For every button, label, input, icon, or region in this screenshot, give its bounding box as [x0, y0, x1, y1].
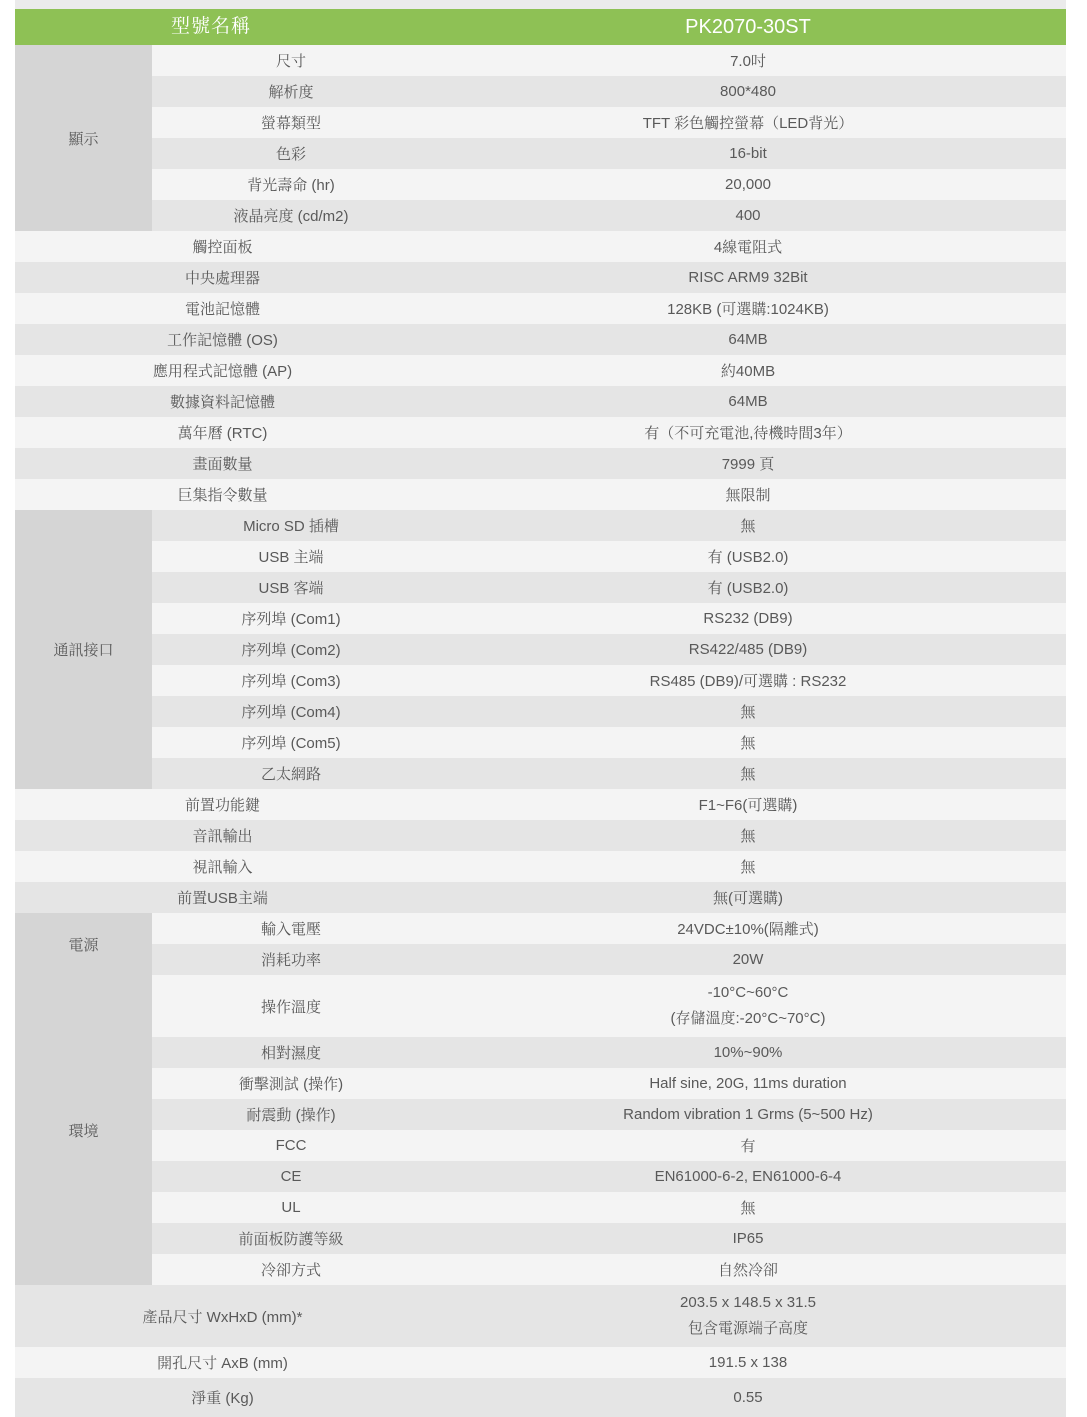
spec-name-cell: 衝擊測試 (操作) — [152, 1068, 430, 1099]
spec-row: 序列埠 (Com4)無 — [152, 696, 1066, 727]
spec-value-line: 203.5 x 148.5 x 31.5 — [680, 1290, 816, 1316]
spec-value-cell: 有 (USB2.0) — [430, 541, 1066, 572]
spec-row: 工作記憶體 (OS)64MB — [15, 324, 1066, 355]
spec-value-cell: 20W — [430, 944, 1066, 975]
spec-name-cell: Micro SD 插槽 — [152, 510, 430, 541]
spec-name-cell: 巨集指令數量 — [15, 479, 430, 510]
spec-row: 應用程式記憶體 (AP)約40MB — [15, 355, 1066, 386]
spec-row: USB 客端有 (USB2.0) — [152, 572, 1066, 603]
spec-name-cell: 乙太網路 — [152, 758, 430, 789]
spec-value-cell: RISC ARM9 32Bit — [430, 262, 1066, 293]
model-name-header-label: 型號名稱 — [171, 9, 251, 45]
spec-name-cell: FCC — [152, 1130, 430, 1161]
spec-value-cell: Random vibration 1 Grms (5~500 Hz) — [430, 1099, 1066, 1130]
spec-name-cell: UL — [152, 1192, 430, 1223]
spec-row: 音訊輸出無 — [15, 820, 1066, 851]
spec-name-cell: 尺寸 — [152, 45, 430, 76]
spec-name-cell: 工作記憶體 (OS) — [15, 324, 430, 355]
spec-section-3: 前置功能鍵F1~F6(可選購)音訊輸出無視訊輸入無前置USB主端無(可選購) — [15, 789, 1066, 913]
spec-name-cell: 開孔尺寸 AxB (mm) — [15, 1347, 430, 1378]
spec-value-cell: 無(可選購) — [430, 882, 1066, 913]
section-rows: 操作溫度-10°C~60°C(存儲溫度:-20°C~70°C)相對濕度10%~9… — [152, 975, 1066, 1285]
spec-value-cell: 203.5 x 148.5 x 31.5包含電源端子高度 — [430, 1285, 1066, 1347]
spec-value-line: (存儲溫度:-20°C~70°C) — [671, 1006, 826, 1032]
spec-row: 數據資料記憶體64MB — [15, 386, 1066, 417]
spec-row: 序列埠 (Com3)RS485 (DB9)/可選購 : RS232 — [152, 665, 1066, 696]
spec-name-cell: 數據資料記憶體 — [15, 386, 430, 417]
spec-name-cell: 液晶亮度 (cd/m2) — [152, 200, 430, 231]
spec-row: 淨重 (Kg)0.55 — [15, 1378, 1066, 1417]
spec-name-cell: 操作溫度 — [152, 975, 430, 1037]
spec-value-cell: 0.55 — [430, 1378, 1066, 1417]
spec-row: 畫面數量7999 頁 — [15, 448, 1066, 479]
spec-name-cell: USB 主端 — [152, 541, 430, 572]
spec-table: 型號名稱 PK2070-30ST 顯示尺寸7.0吋解析度800*480螢幕類型T… — [15, 0, 1066, 1417]
section-rows: 輸入電壓24VDC±10%(隔離式)消耗功率20W — [152, 913, 1066, 975]
spec-section-6: 產品尺寸 WxHxD (mm)*203.5 x 148.5 x 31.5包含電源… — [15, 1285, 1066, 1417]
spec-value-line: -10°C~60°C — [708, 980, 789, 1006]
spec-name-cell: 萬年曆 (RTC) — [15, 417, 430, 448]
spec-name-cell: 序列埠 (Com2) — [152, 634, 430, 665]
spec-row: 電池記憶體128KB (可選購:1024KB) — [15, 293, 1066, 324]
spec-row: 視訊輸入無 — [15, 851, 1066, 882]
spec-name-cell: 冷卻方式 — [152, 1254, 430, 1285]
spec-name-cell: 視訊輸入 — [15, 851, 430, 882]
spec-value-cell: 有（不可充電池,待機時間3年） — [430, 417, 1066, 448]
spec-section-4-grouped: 電源輸入電壓24VDC±10%(隔離式)消耗功率20W — [15, 913, 1066, 975]
spec-value-cell: TFT 彩色觸控螢幕（LED背光） — [430, 107, 1066, 138]
spec-name-cell: 音訊輸出 — [15, 820, 430, 851]
spec-row: FCC有 — [152, 1130, 1066, 1161]
spec-value-cell: 無 — [430, 727, 1066, 758]
spec-value-cell: 128KB (可選購:1024KB) — [430, 293, 1066, 324]
spec-row: 巨集指令數量無限制 — [15, 479, 1066, 510]
group-label: 電源 — [15, 913, 152, 975]
spec-value-cell: 有 — [430, 1130, 1066, 1161]
spec-name-cell: 序列埠 (Com4) — [152, 696, 430, 727]
spec-value-cell: 約40MB — [430, 355, 1066, 386]
spec-name-cell: 電池記憶體 — [15, 293, 430, 324]
spec-sheet-page: 型號名稱 PK2070-30ST 顯示尺寸7.0吋解析度800*480螢幕類型T… — [0, 0, 1087, 1417]
spec-name-cell: 產品尺寸 WxHxD (mm)* — [15, 1285, 430, 1347]
spec-row: 液晶亮度 (cd/m2)400 — [152, 200, 1066, 231]
section-rows: 觸控面板4線電阻式中央處理器RISC ARM9 32Bit電池記憶體128KB … — [15, 231, 1066, 510]
spec-name-cell: 序列埠 (Com3) — [152, 665, 430, 696]
spec-row: CEEN61000-6-2, EN61000-6-4 — [152, 1161, 1066, 1192]
spec-name-cell: 序列埠 (Com5) — [152, 727, 430, 758]
spec-row: 乙太網路無 — [152, 758, 1066, 789]
spec-value-cell: 無限制 — [430, 479, 1066, 510]
spec-value-cell: EN61000-6-2, EN61000-6-4 — [430, 1161, 1066, 1192]
spec-row: 產品尺寸 WxHxD (mm)*203.5 x 148.5 x 31.5包含電源… — [15, 1285, 1066, 1347]
spec-name-cell: 輸入電壓 — [152, 913, 430, 944]
spec-value-cell: RS232 (DB9) — [430, 603, 1066, 634]
spec-value-cell: RS485 (DB9)/可選購 : RS232 — [430, 665, 1066, 696]
group-label: 環境 — [15, 975, 152, 1285]
spec-value-cell: 400 — [430, 200, 1066, 231]
section-rows: 產品尺寸 WxHxD (mm)*203.5 x 148.5 x 31.5包含電源… — [15, 1285, 1066, 1417]
spec-name-cell: 觸控面板 — [15, 231, 430, 262]
spec-name-cell: 消耗功率 — [152, 944, 430, 975]
spec-name-cell: 淨重 (Kg) — [15, 1378, 430, 1417]
spec-row: 序列埠 (Com5)無 — [152, 727, 1066, 758]
spec-value-cell: 191.5 x 138 — [430, 1347, 1066, 1378]
spec-row: 消耗功率20W — [152, 944, 1066, 975]
spec-value-cell: 24VDC±10%(隔離式) — [430, 913, 1066, 944]
spec-name-cell: 應用程式記憶體 (AP) — [15, 355, 430, 386]
spec-row: 開孔尺寸 AxB (mm)191.5 x 138 — [15, 1347, 1066, 1378]
spec-value-cell: 7999 頁 — [430, 448, 1066, 479]
spec-section-1: 觸控面板4線電阻式中央處理器RISC ARM9 32Bit電池記憶體128KB … — [15, 231, 1066, 510]
spec-value-cell: IP65 — [430, 1223, 1066, 1254]
spec-row: 中央處理器RISC ARM9 32Bit — [15, 262, 1066, 293]
spec-value-cell: 無 — [430, 510, 1066, 541]
spec-row: 觸控面板4線電阻式 — [15, 231, 1066, 262]
spec-value-cell: 無 — [430, 696, 1066, 727]
spec-row: 序列埠 (Com1)RS232 (DB9) — [152, 603, 1066, 634]
spec-row: 衝擊測試 (操作)Half sine, 20G, 11ms duration — [152, 1068, 1066, 1099]
spec-name-cell: 中央處理器 — [15, 262, 430, 293]
spec-row: 解析度800*480 — [152, 76, 1066, 107]
spec-section-0-grouped: 顯示尺寸7.0吋解析度800*480螢幕類型TFT 彩色觸控螢幕（LED背光）色… — [15, 45, 1066, 231]
spec-value-cell: 自然冷卻 — [430, 1254, 1066, 1285]
spec-name-cell: 畫面數量 — [15, 448, 430, 479]
spec-name-cell: 耐震動 (操作) — [152, 1099, 430, 1130]
spec-row: 操作溫度-10°C~60°C(存儲溫度:-20°C~70°C) — [152, 975, 1066, 1037]
spec-name-cell: 解析度 — [152, 76, 430, 107]
spec-value-cell: 無 — [430, 851, 1066, 882]
spec-value-cell: 無 — [430, 758, 1066, 789]
spec-value-cell: 有 (USB2.0) — [430, 572, 1066, 603]
group-label: 顯示 — [15, 45, 152, 231]
spec-value-cell: 800*480 — [430, 76, 1066, 107]
spec-name-cell: 序列埠 (Com1) — [152, 603, 430, 634]
section-rows: Micro SD 插槽無USB 主端有 (USB2.0)USB 客端有 (USB… — [152, 510, 1066, 789]
spec-value-cell: -10°C~60°C(存儲溫度:-20°C~70°C) — [430, 975, 1066, 1037]
spec-row: 耐震動 (操作)Random vibration 1 Grms (5~500 H… — [152, 1099, 1066, 1130]
spec-name-cell: 螢幕類型 — [152, 107, 430, 138]
spec-row: 前置USB主端無(可選購) — [15, 882, 1066, 913]
spec-row: 背光壽命 (hr)20,000 — [152, 169, 1066, 200]
spec-row: UL無 — [152, 1192, 1066, 1223]
spec-row: 序列埠 (Com2)RS422/485 (DB9) — [152, 634, 1066, 665]
spec-row: USB 主端有 (USB2.0) — [152, 541, 1066, 572]
spec-row: 尺寸7.0吋 — [152, 45, 1066, 76]
spec-name-cell: 背光壽命 (hr) — [152, 169, 430, 200]
spec-table-body: 顯示尺寸7.0吋解析度800*480螢幕類型TFT 彩色觸控螢幕（LED背光）色… — [15, 45, 1066, 1417]
spec-row: 色彩16-bit — [152, 138, 1066, 169]
section-rows: 前置功能鍵F1~F6(可選購)音訊輸出無視訊輸入無前置USB主端無(可選購) — [15, 789, 1066, 913]
spec-value-cell: Half sine, 20G, 11ms duration — [430, 1068, 1066, 1099]
spec-row: 冷卻方式自然冷卻 — [152, 1254, 1066, 1285]
spec-value-cell: 16-bit — [430, 138, 1066, 169]
spec-value-cell: 無 — [430, 1192, 1066, 1223]
spec-value-cell: 20,000 — [430, 169, 1066, 200]
spec-name-cell: 前置USB主端 — [15, 882, 430, 913]
spec-name-cell: 相對濕度 — [152, 1037, 430, 1068]
section-rows: 尺寸7.0吋解析度800*480螢幕類型TFT 彩色觸控螢幕（LED背光）色彩1… — [152, 45, 1066, 231]
spec-row: 萬年曆 (RTC)有（不可充電池,待機時間3年） — [15, 417, 1066, 448]
spec-value-cell: 10%~90% — [430, 1037, 1066, 1068]
spec-value-line: 包含電源端子高度 — [688, 1316, 808, 1342]
spec-name-cell: 前面板防護等級 — [152, 1223, 430, 1254]
table-header-row: 型號名稱 PK2070-30ST — [15, 9, 1066, 45]
spec-row: 輸入電壓24VDC±10%(隔離式) — [152, 913, 1066, 944]
spec-row: Micro SD 插槽無 — [152, 510, 1066, 541]
spec-name-cell: 前置功能鍵 — [15, 789, 430, 820]
spec-value-cell: F1~F6(可選購) — [430, 789, 1066, 820]
top-strip — [15, 0, 1066, 9]
spec-section-5-grouped: 環境操作溫度-10°C~60°C(存儲溫度:-20°C~70°C)相對濕度10%… — [15, 975, 1066, 1285]
spec-name-cell: 色彩 — [152, 138, 430, 169]
spec-value-cell: 64MB — [430, 324, 1066, 355]
group-label: 通訊接口 — [15, 510, 152, 789]
model-number-header-value: PK2070-30ST — [430, 9, 1066, 45]
spec-row: 前置功能鍵F1~F6(可選購) — [15, 789, 1066, 820]
spec-row: 相對濕度10%~90% — [152, 1037, 1066, 1068]
spec-name-cell: CE — [152, 1161, 430, 1192]
spec-value-cell: 7.0吋 — [430, 45, 1066, 76]
spec-name-cell: USB 客端 — [152, 572, 430, 603]
spec-row: 前面板防護等級IP65 — [152, 1223, 1066, 1254]
spec-value-cell: 4線電阻式 — [430, 231, 1066, 262]
spec-section-2-grouped: 通訊接口Micro SD 插槽無USB 主端有 (USB2.0)USB 客端有 … — [15, 510, 1066, 789]
spec-value-cell: RS422/485 (DB9) — [430, 634, 1066, 665]
spec-row: 螢幕類型TFT 彩色觸控螢幕（LED背光） — [152, 107, 1066, 138]
spec-value-cell: 無 — [430, 820, 1066, 851]
spec-value-cell: 64MB — [430, 386, 1066, 417]
